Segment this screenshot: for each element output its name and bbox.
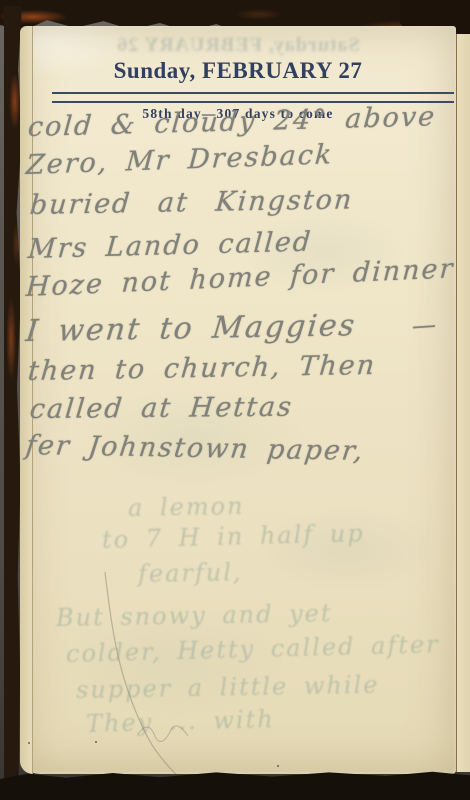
bleedthrough-line: a lemon — [128, 492, 245, 522]
bleedthrough-line: They ... with — [86, 705, 275, 738]
diary-entry-line: called at Hettas — [29, 392, 295, 425]
bleedthrough-line: But snowy and yet — [56, 599, 333, 632]
adjacent-page-edge — [455, 34, 470, 772]
scanned-diary-page: Saturday, FEBRUARY 26 Sunday, FEBRUARY 2… — [0, 0, 470, 800]
bleedthrough-line: colder, Hetty called after — [66, 630, 440, 668]
double-rule-divider — [52, 92, 454, 103]
diary-entry-line: then to church, Then — [27, 350, 378, 387]
paper-speck — [28, 742, 30, 744]
diary-entry-line: Mrs Lando called — [27, 227, 314, 266]
bleedthrough-line: fearful, — [138, 558, 243, 588]
diary-entry-dash: — — [411, 310, 439, 340]
paper-speck — [95, 741, 97, 743]
diary-entry-line: I went to Maggies — [24, 308, 358, 349]
book-binding-bottom-edge — [0, 770, 470, 800]
paper-speck — [277, 765, 279, 767]
diary-page: Saturday, FEBRUARY 26 Sunday, FEBRUARY 2… — [20, 26, 456, 774]
diary-entry-line: fer Johnstown paper, — [24, 430, 366, 467]
diary-entry-line: Zero, Mr Dresback — [25, 139, 334, 181]
date-heading: Sunday, FEBRUARY 27 — [20, 58, 456, 84]
bleedthrough-line: supper a little while — [76, 671, 380, 704]
diary-entry-line: buried at Kingston — [29, 184, 355, 221]
bleedthrough-line: to 7 H in half up — [102, 519, 365, 554]
bleedthrough-header-text: Saturday, FEBRUARY 26 — [20, 34, 456, 57]
